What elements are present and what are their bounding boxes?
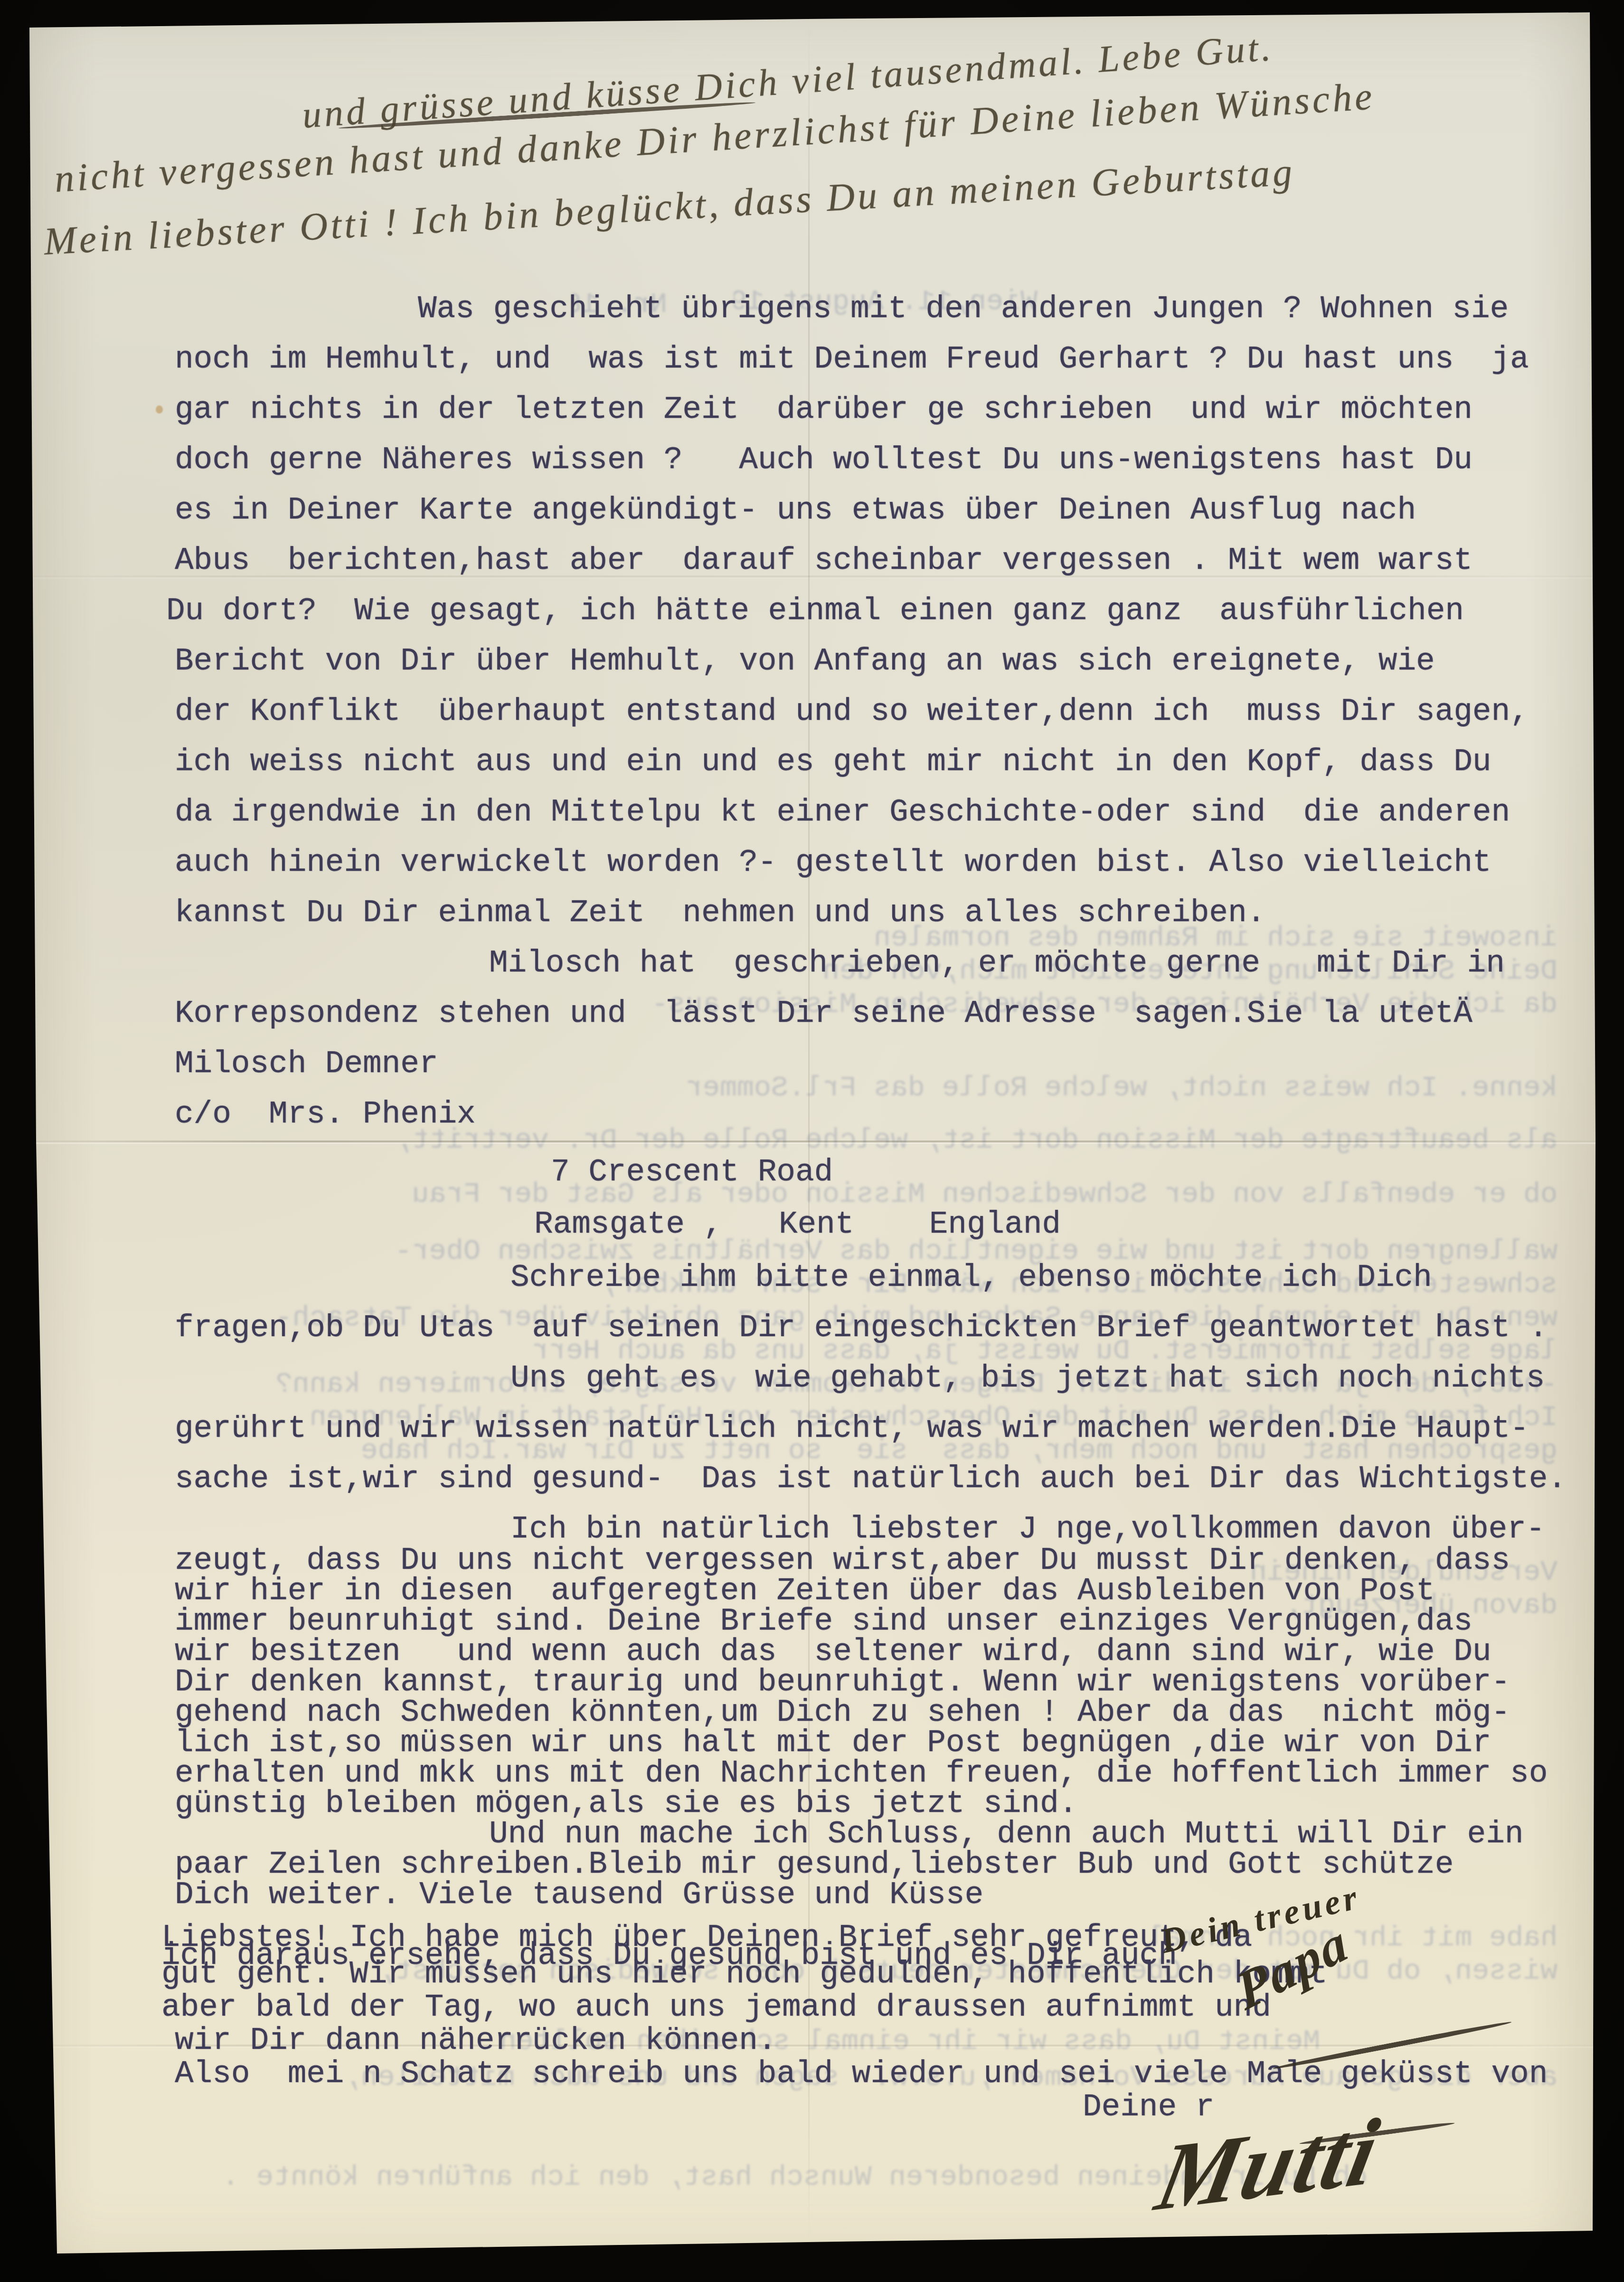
paper-stain: [156, 405, 163, 414]
fold-crease-horizontal: [33, 1141, 1596, 1142]
typed-line: Milosch Demner: [175, 1048, 438, 1080]
typed-line: Abus berichten,hast aber darauf scheinba…: [175, 545, 1473, 576]
typed-line: Dir denken kannst, traurig und beunruhig…: [175, 1667, 1510, 1698]
letter-paper: Nr. 188Wien,11. August 1939insoweit sie …: [0, 0, 1624, 2282]
typed-line: ich weiss nicht aus und ein und es geht …: [175, 746, 1491, 778]
typed-line: der Konflikt überhaupt entstand und so w…: [175, 696, 1529, 727]
typed-line: lich ist,so müssen wir uns halt mit der …: [175, 1727, 1491, 1759]
typed-line: Bericht von Dir über Hemhult, von Anfang…: [175, 646, 1435, 677]
typed-line: da irgendwie in den Mittelpu kt einer Ge…: [175, 797, 1510, 828]
typed-line: paar Zeilen schreiben.Bleib mir gesund,l…: [175, 1849, 1454, 1880]
typed-line: Und nun mache ich Schluss, denn auch Mut…: [489, 1819, 1523, 1850]
typed-line: noch im Hemhult, und was ist mit Deinem …: [175, 344, 1529, 375]
typed-line: es in Deiner Karte angekündigt- uns etwa…: [175, 495, 1416, 526]
typed-line: doch gerne Näheres wissen ? Auch wolltes…: [175, 444, 1473, 476]
typed-line: gar nichts in der letzten Zeit darüber g…: [175, 394, 1473, 425]
typed-line: Milosch hat geschrieben, er möchte gerne…: [489, 948, 1505, 979]
typed-line: wir hier in diesen aufgeregten Zeiten üb…: [175, 1575, 1435, 1607]
typed-line: aber bald der Tag, wo auch uns jemand dr…: [161, 1992, 1271, 2023]
typed-line: kannst Du Dir einmal Zeit nehmen und uns…: [175, 897, 1265, 929]
typed-line: wir Dir dann näherrücken können.: [175, 2025, 776, 2056]
typed-line: Also mei n Schatz schreib uns bald wiede…: [175, 2058, 1548, 2090]
typed-line: zeugt, dass Du uns nicht vergessen wirst…: [175, 1545, 1510, 1576]
typed-line: Ich bin natürlich liebster J nge,vollkom…: [510, 1514, 1545, 1545]
typed-line: gerührt und wir wissen natürlich nicht, …: [175, 1413, 1529, 1444]
typed-line: Uns geht es wie gehabt, bis jetzt hat si…: [510, 1363, 1545, 1394]
typed-line: c/o Mrs. Phenix: [175, 1099, 476, 1130]
typed-line: sache ist,wir sind gesund- Das ist natür…: [175, 1463, 1567, 1495]
typed-line: 7 Crescent Road: [551, 1157, 833, 1188]
typed-line: Was geschieht übrigens mit den anderen J…: [418, 293, 1509, 325]
typed-line: Korrepsondenz stehen und lässt Dir seine…: [175, 998, 1473, 1029]
bleed-through-line: ob er ebenfalls von der Schwedischen Mis…: [180, 1180, 1558, 1209]
typed-line: gut geht. Wir müssen uns hier noch gedul…: [161, 1959, 1328, 1990]
typed-line: erhalten und mkk uns mit den Nachrichten…: [175, 1758, 1548, 1789]
typed-line: Deine r: [1083, 2092, 1214, 2123]
typed-line: gehend nach Schweden könnten,um Dich zu …: [175, 1697, 1510, 1728]
typed-line: wir besitzen und wenn auch das seltener …: [175, 1636, 1491, 1668]
typed-line: günstig bleiben mögen,als sie es bis jet…: [175, 1788, 1077, 1820]
typed-line: fragen,ob Du Utas auf seinen Dir eingesc…: [175, 1312, 1548, 1344]
typed-line: immer beunruhigt sind. Deine Briefe sind…: [175, 1606, 1473, 1637]
letter-scan: Nr. 188Wien,11. August 1939insoweit sie …: [0, 0, 1624, 2282]
typed-line: Du dort? Wie gesagt, ich hätte einmal ei…: [166, 595, 1464, 627]
typed-line: Ramsgate , Kent England: [534, 1209, 1061, 1240]
typed-line: Schreibe ihm bitte einmal, ebenso möchte…: [510, 1262, 1432, 1293]
typed-line: auch hinein verwickelt worden ?- gestell…: [175, 847, 1491, 878]
typed-line: Dich weiter. Viele tausend Grüsse und Kü…: [175, 1879, 983, 1911]
